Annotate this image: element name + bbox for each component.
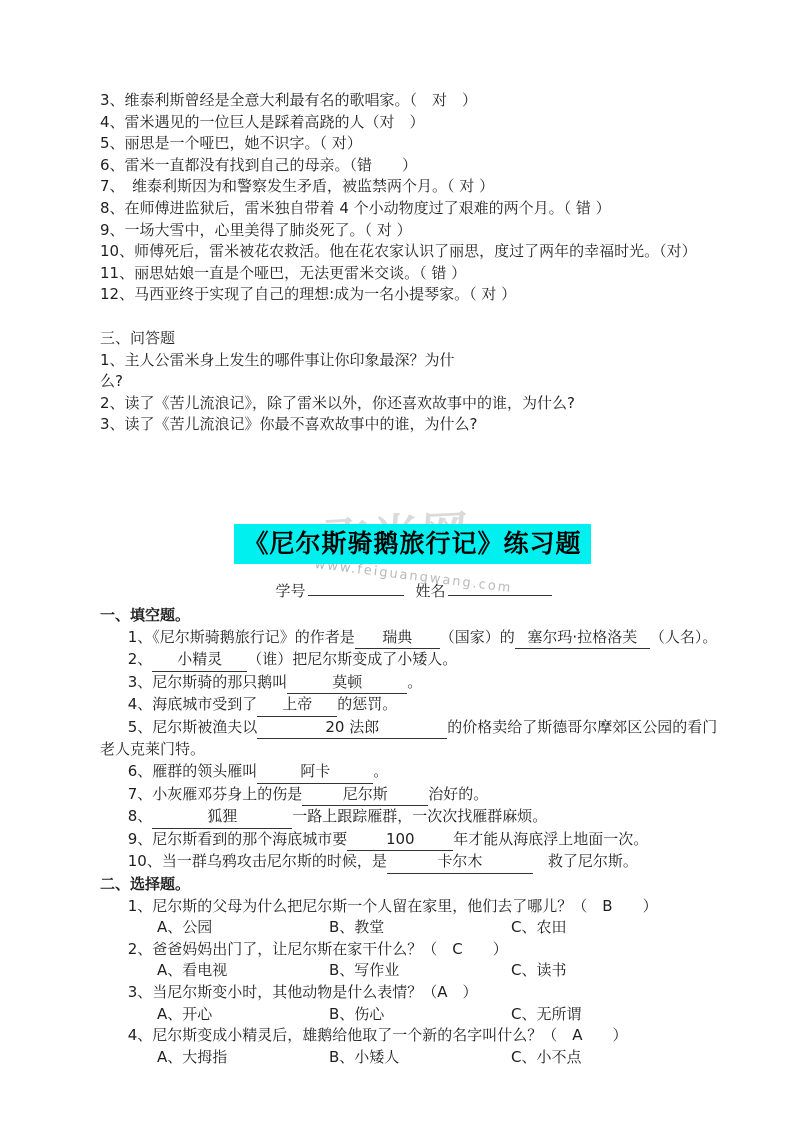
true-false-item: 10、师傅死后，雷米被花农救活。他在花农家认识了丽思，度过了两年的幸福时光。（对… [100, 241, 725, 263]
choice-option-row: A、看电视B、写作业C、读书 [100, 960, 725, 982]
fill-item-text: 10、当一群乌鸦攻击尼尔斯的时候，是 [128, 852, 387, 870]
true-false-item: 7、 维泰利斯因为和警察发生矛盾，被监禁两个月。（ 对 ） [100, 176, 725, 198]
qa-section: 三、问答题 1、主人公雷米身上发生的哪件事让你印象最深？为什么?2、读了《苦儿流… [100, 328, 725, 436]
choice-option-row: A、公园B、教堂C、农田 [100, 917, 725, 939]
qa-question-line: 么? [100, 371, 725, 393]
fill-item: 1、《尼尔斯骑鹅旅行记》的作者是瑞典（国家）的塞尔玛·拉格洛芙（人名）。 [100, 627, 725, 650]
fill-item-list: 1、《尼尔斯骑鹅旅行记》的作者是瑞典（国家）的塞尔玛·拉格洛芙（人名）。2、小精… [100, 627, 725, 875]
fill-item-answer-blank: 阿卡 [257, 761, 373, 784]
true-false-item: 4、雷米遇见的一位巨人是踩着高跷的人（对 ） [100, 112, 725, 134]
fill-section-header: 一、填空题。 [100, 605, 725, 627]
choice-option: B、小矮人 [329, 1047, 511, 1069]
choice-option-row: A、大拇指B、小矮人C、小不点 [100, 1047, 725, 1069]
fill-item: 3、尼尔斯骑的那只鹅叫莫顿。 [100, 672, 725, 695]
choice-option: A、看电视 [157, 960, 329, 982]
fill-item: 6、雁群的领头雁叫阿卡。 [100, 761, 725, 784]
fill-item-text: 救了尼尔斯。 [533, 852, 638, 870]
fill-item-answer-blank: 瑞典 [355, 627, 440, 650]
fill-item-text: 一路上跟踪雁群，一次次找雁群麻烦。 [292, 807, 547, 825]
choice-question: 2、爸爸妈妈出门了，让尼尔斯在家干什么？（ C ） [100, 939, 725, 961]
fill-item-answer-blank: 100 [347, 829, 453, 852]
fill-item-text: 5、尼尔斯被渔夫以 [128, 718, 258, 736]
worksheet-page: 3、维泰利斯曾经是全意大利最有名的歌唱家。（ 对 ）4、雷米遇见的一位巨人是踩着… [0, 0, 793, 1122]
fill-item-text: 1、《尼尔斯骑鹅旅行记》的作者是 [128, 628, 355, 646]
choice-question: 1、尼尔斯的父母为什么把尼尔斯一个人留在家里，他们去了哪儿？（ B ） [100, 896, 725, 918]
choice-option: B、教堂 [329, 917, 511, 939]
fill-item-text: 4、海底城市受到了 [128, 695, 258, 713]
fill-item-text: 6、雁群的领头雁叫 [128, 762, 258, 780]
choice-option: A、开心 [157, 1004, 329, 1026]
fill-item-answer-blank: 卡尔木 [387, 851, 533, 874]
student-id-label: 学号 [275, 582, 305, 600]
fill-blank-section: 一、填空题。 1、《尼尔斯骑鹅旅行记》的作者是瑞典（国家）的塞尔玛·拉格洛芙（人… [100, 605, 725, 874]
fill-item-text: （国家）的 [440, 628, 515, 646]
choice-option: A、公园 [157, 917, 329, 939]
choice-option: A、大拇指 [157, 1047, 329, 1069]
fill-item: 10、当一群乌鸦攻击尼尔斯的时候，是卡尔木 救了尼尔斯。 [100, 851, 725, 874]
choice-section-header: 二、选择题。 [100, 874, 725, 896]
fill-item: 5、尼尔斯被渔夫以20 法郎的价格卖给了斯德哥尔摩郊区公园的看门老人克莱门特。 [100, 717, 725, 761]
true-false-item: 12、马西亚终于实现了自己的理想:成为一名小提琴家。（ 对 ） [100, 284, 725, 306]
fill-item-answer-blank: 塞尔玛·拉格洛芙 [515, 627, 650, 650]
fill-item-text: 8、 [128, 807, 153, 825]
choice-option: C、读书 [511, 960, 566, 982]
fill-item-text: 3、尼尔斯骑的那只鹅叫 [128, 673, 288, 691]
student-name-label: 姓名 [416, 582, 446, 600]
qa-question-line: 3、读了《苦儿流浪记》你最不喜欢故事中的谁，为什么? [100, 414, 725, 436]
choice-option: B、写作业 [329, 960, 511, 982]
fill-item-text: 2、 [128, 650, 153, 668]
choice-option: B、伤心 [329, 1004, 511, 1026]
choice-option: C、无所谓 [511, 1004, 581, 1026]
fill-item-answer-blank: 20 法郎 [257, 717, 447, 740]
fill-item-answer-blank: 狐狸 [152, 806, 292, 829]
title-row: 《尼尔斯骑鹅旅行记》练习题 [100, 524, 725, 566]
fill-item-text: 治好的。 [428, 785, 488, 803]
student-name-blank [448, 578, 552, 596]
true-false-item: 11、丽思姑娘一直是个哑巴，无法更雷米交谈。（ 错 ） [100, 263, 725, 285]
choice-question: 4、尼尔斯变成小精灵后，雄鹅给他取了一个新的名字叫什么？（ A ） [100, 1025, 725, 1047]
qa-question-line: 1、主人公雷米身上发生的哪件事让你印象最深？为什 [100, 350, 725, 372]
fill-item: 4、海底城市受到了上帝的惩罚。 [100, 694, 725, 717]
fill-item-text: 9、尼尔斯看到的那个海底城市要 [128, 830, 348, 848]
qa-question-line: 2、读了《苦儿流浪记》，除了雷米以外，你还喜欢故事中的谁，为什么? [100, 393, 725, 415]
fill-item-text: 。 [407, 673, 422, 691]
worksheet-title: 《尼尔斯骑鹅旅行记》练习题 [234, 524, 590, 564]
choice-option: C、小不点 [511, 1047, 581, 1069]
fill-item-answer-blank: 尼尔斯 [302, 784, 428, 807]
true-false-item: 8、在师傅进监狱后，雷米独自带着 4 个小动物度过了艰难的两个月。（ 错 ） [100, 198, 725, 220]
choice-question: 3、当尼尔斯变小时，其他动物是什么表情？（A ） [100, 982, 725, 1004]
true-false-item: 6、雷米一直都没有找到自己的母亲。（错 ） [100, 155, 725, 177]
fill-item-text: 7、小灰雁邓芬身上的伤是 [128, 785, 303, 803]
true-false-item: 5、丽思是一个哑巴，她不识字。（ 对） [100, 133, 725, 155]
student-id-row: 学号姓名 [100, 578, 725, 602]
fill-item-answer-blank: 莫顿 [287, 672, 407, 695]
fill-item-text: （谁）把尼尔斯变成了小矮人。 [247, 650, 457, 668]
fill-item: 7、小灰雁邓芬身上的伤是尼尔斯治好的。 [100, 784, 725, 807]
fill-item: 9、尼尔斯看到的那个海底城市要100年才能从海底浮上地面一次。 [100, 829, 725, 852]
choice-item-list: 1、尼尔斯的父母为什么把尼尔斯一个人留在家里，他们去了哪儿？（ B ）A、公园B… [100, 896, 725, 1069]
true-false-section: 3、维泰利斯曾经是全意大利最有名的歌唱家。（ 对 ）4、雷米遇见的一位巨人是踩着… [100, 90, 725, 306]
student-id-blank [308, 578, 404, 596]
true-false-item: 9、一场大雪中，心里美得了肺炎死了。（ 对 ） [100, 220, 725, 242]
choice-option-row: A、开心B、伤心C、无所谓 [100, 1004, 725, 1026]
fill-item-text: 年才能从海底浮上地面一次。 [453, 830, 648, 848]
choice-option: C、农田 [511, 917, 566, 939]
qa-section-header: 三、问答题 [100, 328, 725, 350]
multiple-choice-section: 二、选择题。 1、尼尔斯的父母为什么把尼尔斯一个人留在家里，他们去了哪儿？（ B… [100, 874, 725, 1068]
fill-item-answer-blank: 小精灵 [152, 649, 247, 672]
fill-item-text: 的惩罚。 [337, 695, 397, 713]
fill-item: 8、狐狸一路上跟踪雁群，一次次找雁群麻烦。 [100, 806, 725, 829]
fill-item-text: 。 [373, 762, 388, 780]
fill-item-answer-blank: 上帝 [257, 694, 337, 717]
qa-question-list: 1、主人公雷米身上发生的哪件事让你印象最深？为什么?2、读了《苦儿流浪记》，除了… [100, 350, 725, 436]
fill-item: 2、小精灵（谁）把尼尔斯变成了小矮人。 [100, 649, 725, 672]
true-false-item: 3、维泰利斯曾经是全意大利最有名的歌唱家。（ 对 ） [100, 90, 725, 112]
fill-item-text: （人名）。 [650, 628, 718, 646]
